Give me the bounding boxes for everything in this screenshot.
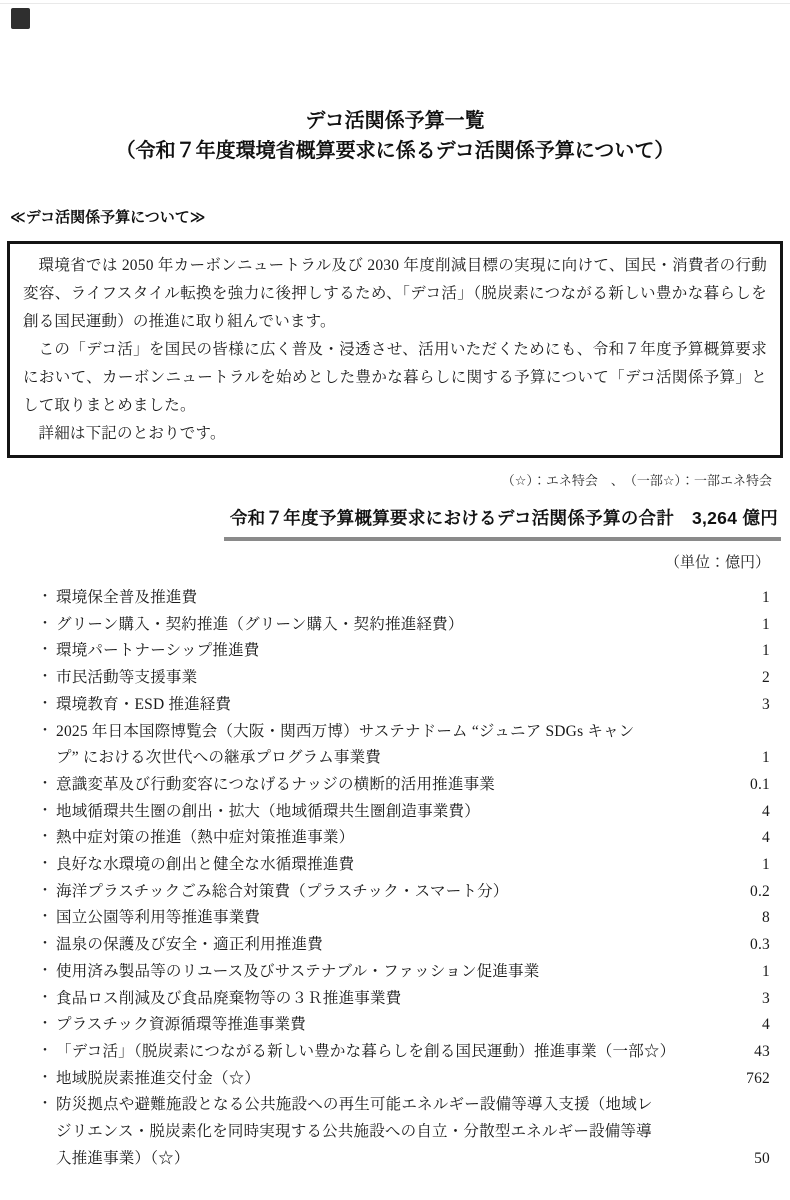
budget-item-value: 1	[702, 638, 770, 665]
budget-item-row: ・ 環境教育・ESD 推進経費 3	[38, 692, 770, 719]
budget-item-label: 国立公園等利用等推進事業費	[56, 905, 702, 932]
page-title: デコ活関係予算一覧 （令和７年度環境省概算要求に係るデコ活関係予算について）	[0, 106, 790, 166]
page-title-line2: （令和７年度環境省概算要求に係るデコ活関係予算について）	[0, 136, 790, 166]
budget-item-value: 4	[702, 825, 770, 852]
budget-item-row: ・ グリーン購入・契約推進（グリーン購入・契約推進経費） 1	[38, 612, 770, 639]
budget-item-label: 地域脱炭素推進交付金（☆）	[56, 1066, 702, 1093]
bullet-icon: ・	[38, 585, 56, 612]
budget-item-value: 0.3	[702, 932, 770, 959]
budget-item-label: 熱中症対策の推進（熱中症対策推進事業）	[56, 825, 702, 852]
section-heading: ≪デコ活関係予算について≫	[10, 206, 790, 227]
budget-item-value: 1	[702, 585, 770, 612]
budget-item-label: グリーン購入・契約推進（グリーン購入・契約推進経費）	[56, 612, 702, 639]
budget-item-label: 温泉の保護及び安全・適正利用推進費	[56, 932, 702, 959]
top-edge-line	[0, 3, 790, 4]
budget-item-label: 防災拠点や避難施設となる公共施設への再生可能エネルギー設備等導入支援（地域レジリ…	[56, 1092, 702, 1172]
legend-note: （☆）：エネ特会 、 （一部☆）：一部エネ特会	[0, 470, 772, 489]
budget-item-value: 50	[702, 1146, 770, 1173]
bullet-icon: ・	[38, 905, 56, 932]
budget-item-value: 4	[702, 1012, 770, 1039]
budget-item-label: プラスチック資源循環等推進事業費	[56, 1012, 702, 1039]
budget-item-row: ・ 「デコ活」（脱炭素につながる新しい豊かな暮らしを創る国民運動）推進事業（一部…	[38, 1039, 770, 1066]
budget-item-value: 1	[702, 612, 770, 639]
budget-list: ・ 環境保全普及推進費 1 ・ グリーン購入・契約推進（グリーン購入・契約推進経…	[38, 585, 770, 1172]
budget-item-value: 8	[702, 905, 770, 932]
budget-item-label: 意識変革及び行動変容につなげるナッジの横断的活用推進事業	[56, 772, 702, 799]
budget-item-row: ・ 熱中症対策の推進（熱中症対策推進事業） 4	[38, 825, 770, 852]
corner-mark	[11, 8, 30, 29]
budget-item-row: ・ 環境パートナーシップ推進費 1	[38, 638, 770, 665]
bullet-icon: ・	[38, 879, 56, 906]
budget-item-row: ・ 国立公園等利用等推進事業費 8	[38, 905, 770, 932]
intro-box: 環境省では 2050 年カーボンニュートラル及び 2030 年度削減目標の実現に…	[7, 241, 783, 458]
bullet-icon: ・	[38, 1066, 56, 1093]
bullet-icon: ・	[38, 638, 56, 665]
bullet-icon: ・	[38, 825, 56, 852]
total-heading-wrap: 令和７年度予算概算要求におけるデコ活関係予算の合計 3,264 億円	[0, 505, 781, 541]
bullet-icon: ・	[38, 959, 56, 986]
budget-item-label: 市民活動等支援事業	[56, 665, 702, 692]
budget-item-label: 「デコ活」（脱炭素につながる新しい豊かな暮らしを創る国民運動）推進事業（一部☆）	[56, 1039, 702, 1066]
budget-item-label: 地域循環共生圏の創出・拡大（地域循環共生圏創造事業費）	[56, 799, 702, 826]
page-title-line1: デコ活関係予算一覧	[0, 106, 790, 136]
bullet-icon: ・	[38, 852, 56, 879]
budget-item-row: ・ 市民活動等支援事業 2	[38, 665, 770, 692]
bullet-icon: ・	[38, 1039, 56, 1066]
budget-item-row: ・ 地域循環共生圏の創出・拡大（地域循環共生圏創造事業費） 4	[38, 799, 770, 826]
budget-item-row: ・ 意識変革及び行動変容につなげるナッジの横断的活用推進事業 0.1	[38, 772, 770, 799]
budget-item-row: ・ プラスチック資源循環等推進事業費 4	[38, 1012, 770, 1039]
budget-item-row: ・ 防災拠点や避難施設となる公共施設への再生可能エネルギー設備等導入支援（地域レ…	[38, 1092, 770, 1172]
intro-paragraph-2: この「デコ活」を国民の皆様に広く普及・浸透させ、活用いただくためにも、令和７年度…	[23, 336, 767, 420]
budget-item-row: ・ 環境保全普及推進費 1	[38, 585, 770, 612]
budget-item-value: 0.1	[702, 772, 770, 799]
budget-item-value: 0.2	[702, 879, 770, 906]
bullet-icon: ・	[38, 719, 56, 746]
bullet-icon: ・	[38, 932, 56, 959]
bullet-icon: ・	[38, 1012, 56, 1039]
bullet-icon: ・	[38, 799, 56, 826]
budget-item-row: ・ 良好な水環境の創出と健全な水循環推進費 1	[38, 852, 770, 879]
budget-item-value: 1	[702, 852, 770, 879]
budget-item-label: 海洋プラスチックごみ総合対策費（プラスチック・スマート分）	[56, 879, 702, 906]
budget-item-label: 環境パートナーシップ推進費	[56, 638, 702, 665]
budget-item-label: 環境教育・ESD 推進経費	[56, 692, 702, 719]
budget-item-row: ・ 温泉の保護及び安全・適正利用推進費 0.3	[38, 932, 770, 959]
bullet-icon: ・	[38, 772, 56, 799]
bullet-icon: ・	[38, 665, 56, 692]
total-heading: 令和７年度予算概算要求におけるデコ活関係予算の合計 3,264 億円	[224, 505, 781, 541]
budget-item-row: ・ 2025 年日本国際博覧会（大阪・関西万博）サステナドーム “ジュニア SD…	[38, 719, 770, 772]
budget-item-label: 使用済み製品等のリユース及びサステナブル・ファッション促進事業	[56, 959, 702, 986]
budget-item-row: ・ 食品ロス削減及び食品廃棄物等の３Ｒ推進事業費 3	[38, 986, 770, 1013]
budget-item-value: 1	[702, 959, 770, 986]
bullet-icon: ・	[38, 612, 56, 639]
budget-item-label: 良好な水環境の創出と健全な水循環推進費	[56, 852, 702, 879]
bullet-icon: ・	[38, 692, 56, 719]
budget-item-row: ・ 使用済み製品等のリユース及びサステナブル・ファッション促進事業 1	[38, 959, 770, 986]
budget-item-row: ・ 海洋プラスチックごみ総合対策費（プラスチック・スマート分） 0.2	[38, 879, 770, 906]
budget-item-value: 3	[702, 986, 770, 1013]
budget-item-label: 食品ロス削減及び食品廃棄物等の３Ｒ推進事業費	[56, 986, 702, 1013]
budget-item-value: 3	[702, 692, 770, 719]
budget-item-row: ・ 地域脱炭素推進交付金（☆） 762	[38, 1066, 770, 1093]
budget-item-value: 1	[702, 745, 770, 772]
budget-item-value: 2	[702, 665, 770, 692]
budget-item-label: 環境保全普及推進費	[56, 585, 702, 612]
budget-item-value: 762	[702, 1066, 770, 1093]
budget-item-value: 4	[702, 799, 770, 826]
intro-paragraph-3: 詳細は下記のとおりです。	[23, 420, 767, 448]
intro-paragraph-1: 環境省では 2050 年カーボンニュートラル及び 2030 年度削減目標の実現に…	[23, 252, 767, 336]
bullet-icon: ・	[38, 1092, 56, 1119]
unit-note: （単位：億円）	[0, 551, 770, 572]
budget-item-label: 2025 年日本国際博覧会（大阪・関西万博）サステナドーム “ジュニア SDGs…	[56, 719, 702, 772]
budget-item-value: 43	[702, 1039, 770, 1066]
bullet-icon: ・	[38, 986, 56, 1013]
